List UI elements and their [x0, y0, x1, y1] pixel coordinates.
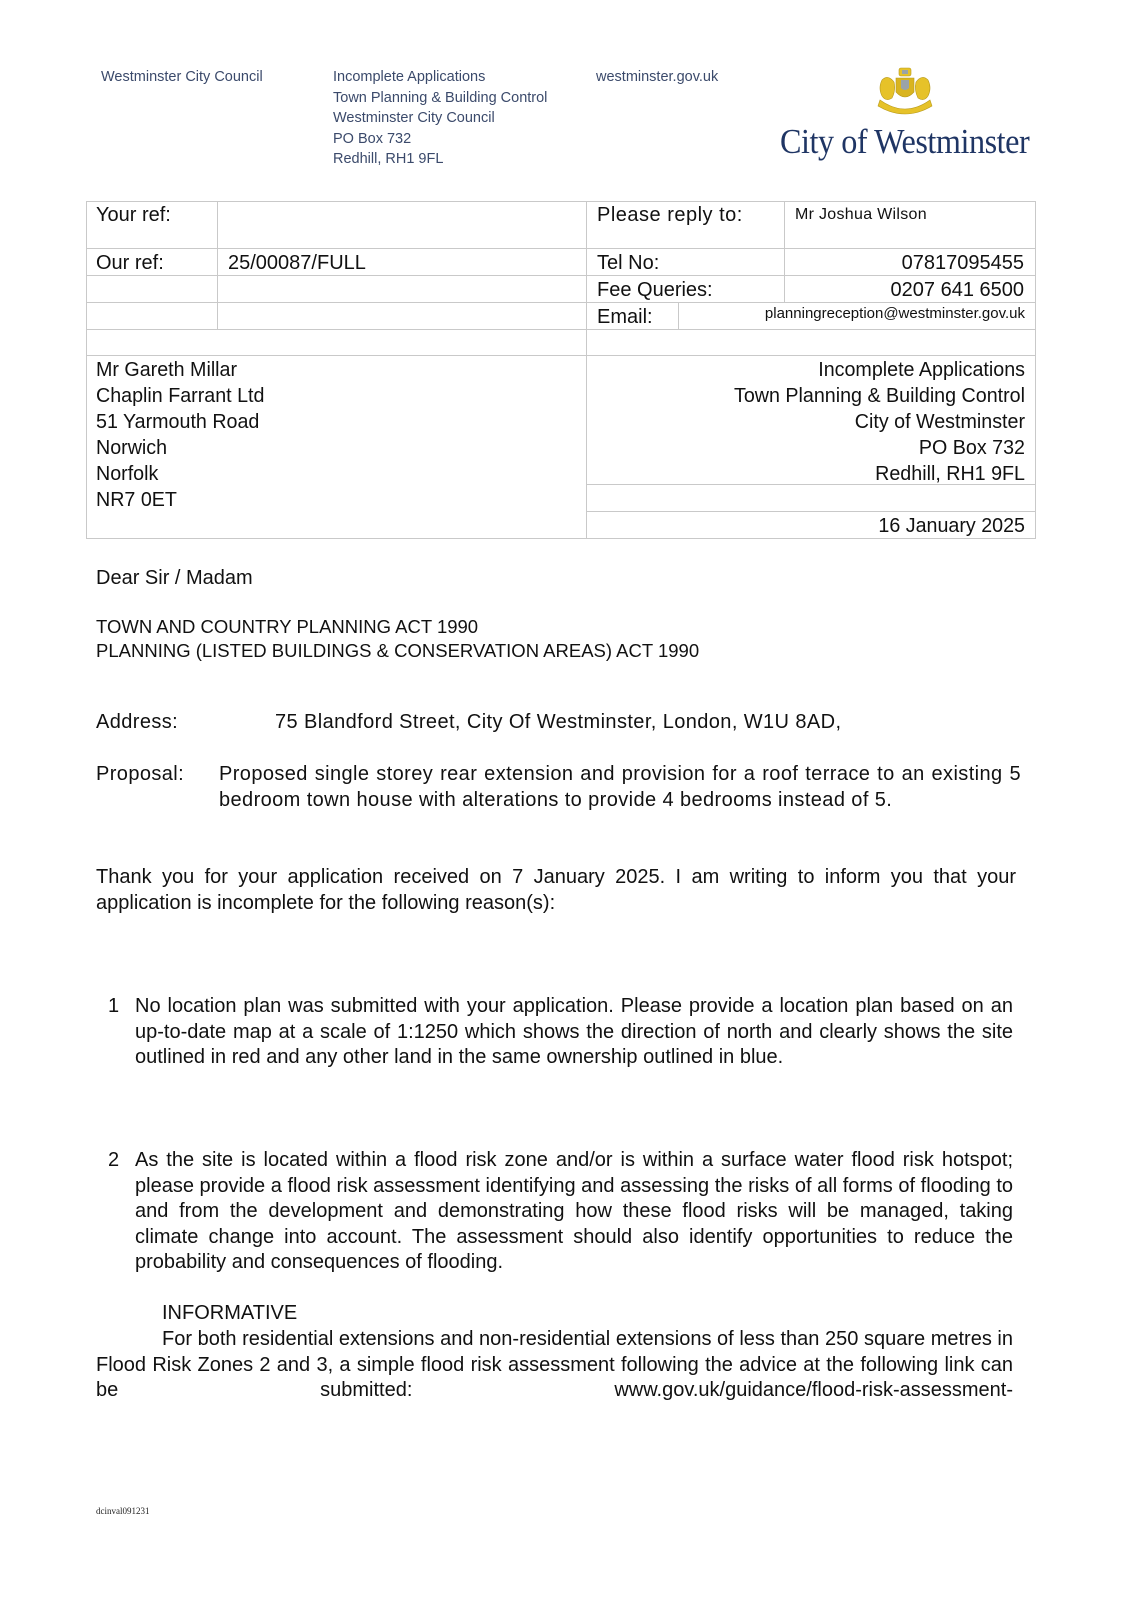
sender-line: Incomplete Applications — [617, 357, 1025, 383]
return-address-line: PO Box 732 — [333, 129, 547, 150]
act-line: TOWN AND COUNTRY PLANNING ACT 1990 — [96, 615, 699, 639]
recipient-line: NR7 0ET — [96, 487, 264, 513]
our-ref-value: 25/00087/FULL — [228, 251, 366, 275]
reason-number: 1 — [108, 994, 119, 1020]
recipient-address: Mr Gareth Millar Chaplin Farrant Ltd 51 … — [96, 357, 264, 513]
return-address-line: Redhill, RH1 9FL — [333, 149, 547, 170]
proposal-value: Proposed single storey rear extension an… — [219, 762, 1021, 813]
email-value[interactable]: planningreception@westminster.gov.uk — [690, 302, 1025, 326]
reason-text: As the site is located within a flood ri… — [135, 1148, 1013, 1276]
salutation: Dear Sir / Madam — [96, 566, 253, 592]
reply-to-value: Mr Joshua Wilson — [795, 203, 927, 227]
intro-paragraph: Thank you for your application received … — [96, 865, 1016, 916]
reason-number: 2 — [108, 1148, 119, 1174]
reason-text: No location plan was submitted with your… — [135, 994, 1013, 1071]
our-ref-label: Our ref: — [96, 251, 164, 275]
letter-date: 16 January 2025 — [617, 513, 1025, 539]
recipient-line: Norfolk — [96, 461, 264, 487]
address-value: 75 Blandford Street, City Of Westminster… — [275, 710, 841, 736]
email-label: Email: — [597, 305, 653, 329]
fee-queries-label: Fee Queries: — [597, 278, 713, 302]
return-address: Incomplete Applications Town Planning & … — [333, 67, 547, 170]
sender-line: Town Planning & Building Control — [617, 383, 1025, 409]
informative-text: For both residential extensions and non-… — [96, 1327, 1013, 1404]
address-label: Address: — [96, 710, 178, 736]
recipient-line: 51 Yarmouth Road — [96, 409, 264, 435]
your-ref-label: Your ref: — [96, 203, 171, 227]
sender-line: Redhill, RH1 9FL — [617, 461, 1025, 487]
logo-text: City of Westminster — [780, 122, 1029, 162]
acts-heading: TOWN AND COUNTRY PLANNING ACT 1990 PLANN… — [96, 615, 699, 663]
coat-of-arms-icon — [872, 66, 938, 116]
recipient-line: Norwich — [96, 435, 264, 461]
return-address-line: Incomplete Applications — [333, 67, 547, 88]
act-line: PLANNING (LISTED BUILDINGS & CONSERVATIO… — [96, 639, 699, 663]
website-link[interactable]: westminster.gov.uk — [596, 67, 718, 88]
recipient-line: Mr Gareth Millar — [96, 357, 264, 383]
council-name: Westminster City Council — [101, 67, 263, 88]
document-code: dcinval091231 — [96, 1506, 150, 1516]
reply-to-label: Please reply to: — [597, 203, 743, 227]
return-address-line: Westminster City Council — [333, 108, 547, 129]
return-address-line: Town Planning & Building Control — [333, 88, 547, 109]
sender-address: Incomplete Applications Town Planning & … — [617, 357, 1025, 487]
sender-line: PO Box 732 — [617, 435, 1025, 461]
proposal-label: Proposal: — [96, 762, 184, 788]
recipient-line: Chaplin Farrant Ltd — [96, 383, 264, 409]
tel-value: 07817095455 — [790, 251, 1024, 275]
tel-label: Tel No: — [597, 251, 659, 275]
sender-line: City of Westminster — [617, 409, 1025, 435]
informative-heading: INFORMATIVE — [162, 1301, 297, 1327]
fee-queries-value: 0207 641 6500 — [790, 278, 1024, 302]
